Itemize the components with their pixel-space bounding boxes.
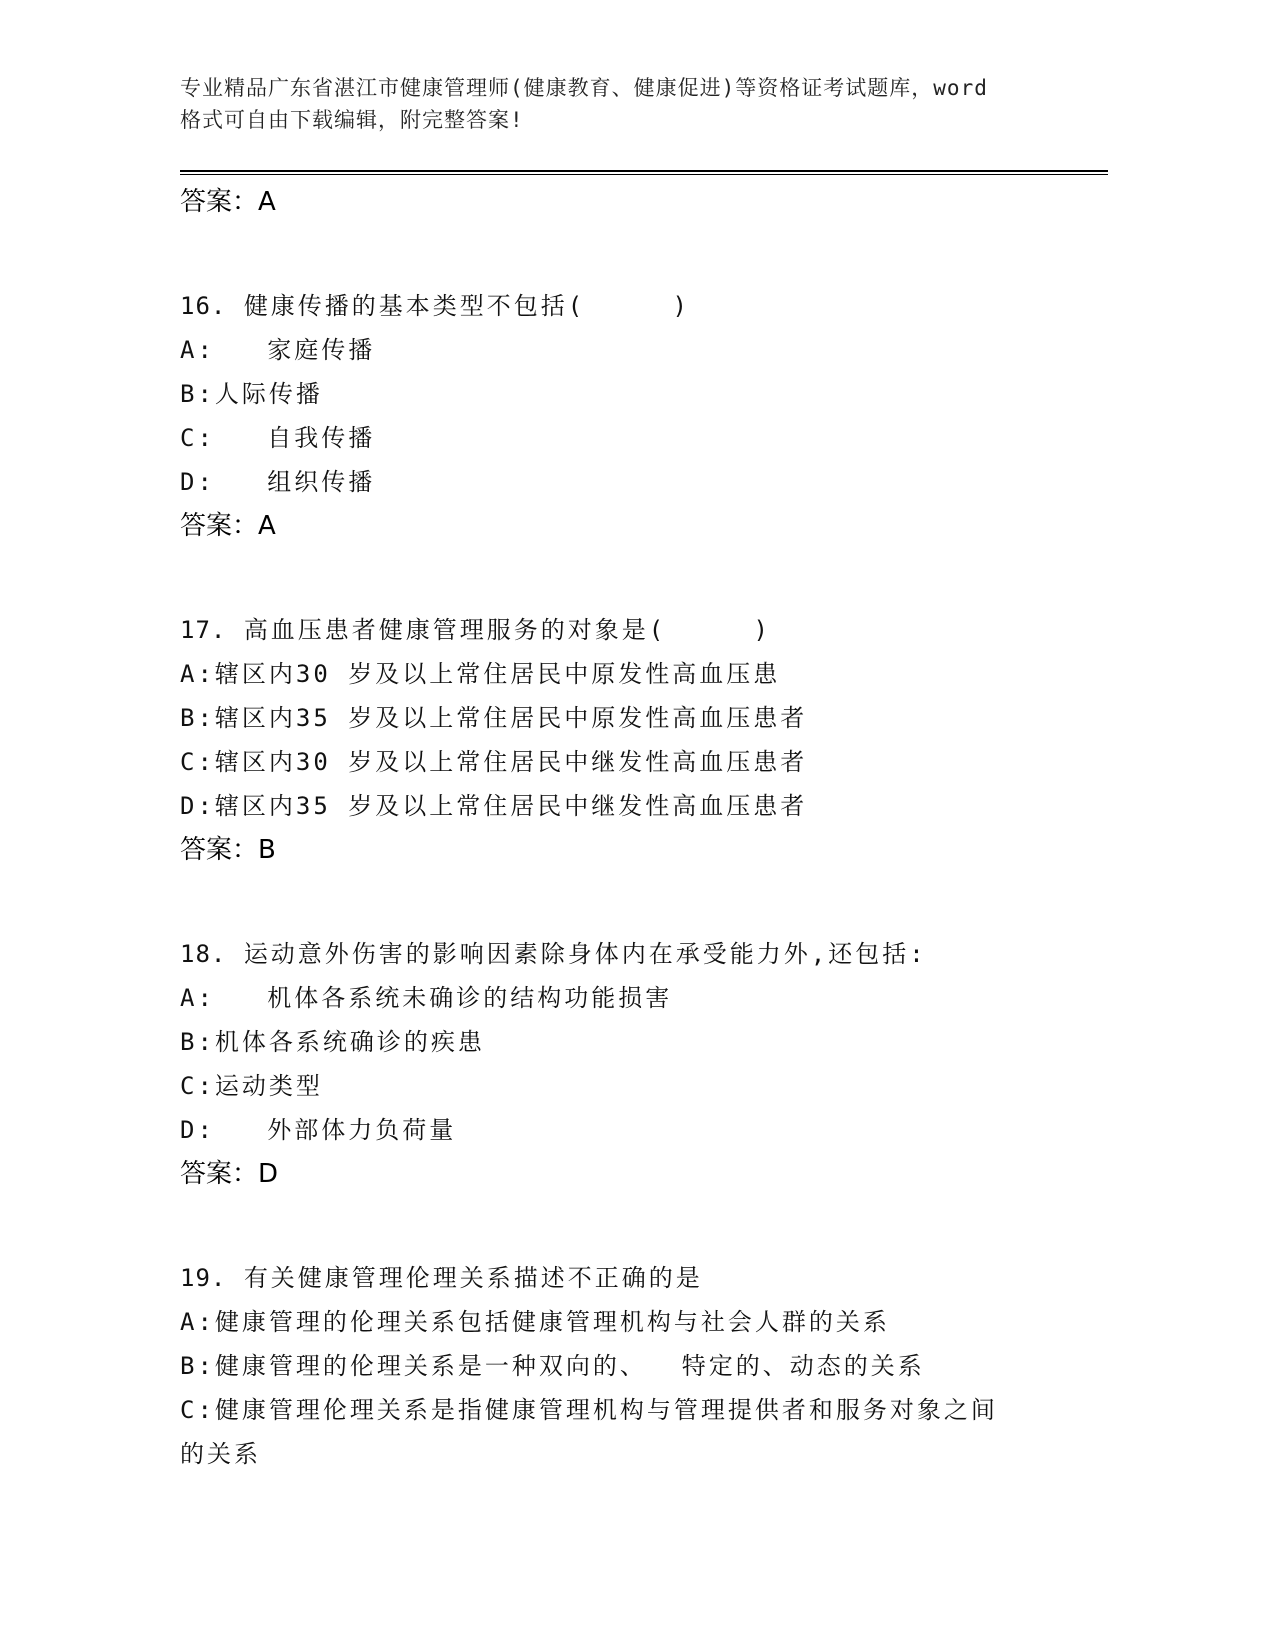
option-b: B:辖区内35 岁及以上常住居民中原发性高血压患者 [180, 696, 1060, 740]
answer-label: 答案：A [180, 180, 1060, 224]
option-b: B:人际传播 [180, 372, 1060, 416]
option-b: B:机体各系统确诊的疾患 [180, 1020, 1060, 1064]
option-a: A: 家庭传播 [180, 328, 1060, 372]
question-number: 16. [180, 292, 226, 320]
option-a: A:健康管理的伦理关系包括健康管理机构与社会人群的关系 [180, 1300, 1060, 1344]
header-divider [180, 170, 1108, 172]
question-text: 运动意外伤害的影响因素除身体内在承受能力外,还包括: [244, 940, 927, 968]
answer-label: 答案：B [180, 828, 1060, 872]
option-c: C:辖区内30 岁及以上常住居民中继发性高血压患者 [180, 740, 1060, 784]
question-18: 18. 运动意外伤害的影响因素除身体内在承受能力外,还包括: A: 机体各系统未… [180, 932, 1060, 1196]
answer-label: 答案：A [180, 504, 1060, 548]
question-17: 17. 高血压患者健康管理服务的对象是( ) A:辖区内30 岁及以上常住居民中… [180, 608, 1060, 872]
header-divider-thin [180, 174, 1108, 175]
option-d: D: 组织传播 [180, 460, 1060, 504]
option-d: D:辖区内35 岁及以上常住居民中继发性高血压患者 [180, 784, 1060, 828]
question-number: 17. [180, 616, 226, 644]
option-c-continuation: 的关系 [180, 1432, 1060, 1476]
header-line-1: 专业精品广东省湛江市健康管理师(健康教育、健康促进)等资格证考试题库，word [180, 72, 1060, 104]
option-c: C:运动类型 [180, 1064, 1060, 1108]
option-d: D: 外部体力负荷量 [180, 1108, 1060, 1152]
option-c: C:健康管理伦理关系是指健康管理机构与管理提供者和服务对象之间 [180, 1388, 1060, 1432]
question-19: 19. 有关健康管理伦理关系描述不正确的是 A:健康管理的伦理关系包括健康管理机… [180, 1256, 1060, 1476]
question-text: 健康传播的基本类型不包括( ) [244, 292, 690, 320]
document-header: 专业精品广东省湛江市健康管理师(健康教育、健康促进)等资格证考试题库，word … [180, 72, 1060, 136]
header-line-2: 格式可自由下载编辑，附完整答案! [180, 104, 1060, 136]
option-b: B:健康管理的伦理关系是一种双向的、 特定的、动态的关系 [180, 1344, 1060, 1388]
option-a: A:辖区内30 岁及以上常住居民中原发性高血压患 [180, 652, 1060, 696]
question-number: 18. [180, 940, 226, 968]
option-a: A: 机体各系统未确诊的结构功能损害 [180, 976, 1060, 1020]
question-text: 高血压患者健康管理服务的对象是( ) [244, 616, 771, 644]
option-c: C: 自我传播 [180, 416, 1060, 460]
question-number: 19. [180, 1264, 226, 1292]
question-text: 有关健康管理伦理关系描述不正确的是 [244, 1264, 703, 1292]
question-16: 16. 健康传播的基本类型不包括( ) A: 家庭传播 B:人际传播 C: 自我… [180, 284, 1060, 548]
answer-label: 答案：D [180, 1152, 1060, 1196]
document-body: 答案：A 16. 健康传播的基本类型不包括( ) A: 家庭传播 B:人际传播 … [180, 180, 1060, 1476]
